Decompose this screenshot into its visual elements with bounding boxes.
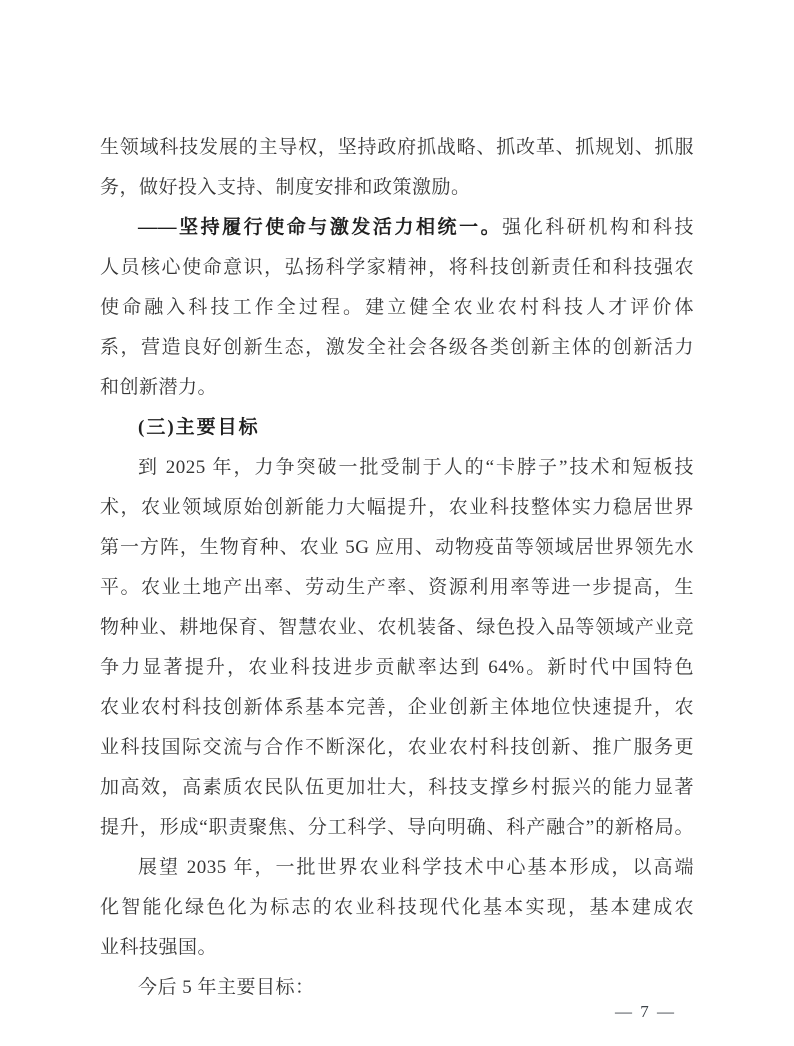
text-line: 业科技国际交流与合作不断深化，农业农村科技创新、推广服务更 (100, 728, 694, 768)
text-line: 争力显著提升，农业科技进步贡献率达到 64%。新时代中国特色 (100, 648, 694, 688)
text-line: 业科技强国。 (100, 928, 694, 968)
text-line: 使命融入科技工作全过程。建立健全农业农村科技人才评价体 (100, 288, 694, 328)
text-line: 展望 2035 年，一批世界农业科学技术中心基本形成，以高端 (100, 848, 694, 888)
text-line: 生领域科技发展的主导权，坚持政府抓战略、抓改革、抓规划、抓服 (100, 128, 694, 168)
text-line: 平。农业土地产出率、劳动生产率、资源利用率等进一步提高，生 (100, 568, 694, 608)
text-line: 到 2025 年，力争突破一批受制于人的“卡脖子”技术和短板技 (100, 448, 694, 488)
text-line: ——坚持履行使命与激发活力相统一。强化科研机构和科技 (100, 208, 694, 248)
document-body: 生领域科技发展的主导权，坚持政府抓战略、抓改革、抓规划、抓服务，做好投入支持、制… (100, 128, 694, 1008)
text-line: 术，农业领域原始创新能力大幅提升，农业科技整体实力稳居世界 (100, 488, 694, 528)
text-line: 人员核心使命意识，弘扬科学家精神，将科技创新责任和科技强农 (100, 248, 694, 288)
text-line: 农业农村科技创新体系基本完善，企业创新主体地位快速提升，农 (100, 688, 694, 728)
emphasis-text: ——坚持履行使命与激发活力相统一。 (138, 217, 502, 238)
page-number: — 7 — (588, 1002, 703, 1022)
text-line: 加高效，高素质农民队伍更加壮大，科技支撑乡村振兴的能力显著 (100, 768, 694, 808)
text-line: 务，做好投入支持、制度安排和政策激励。 (100, 168, 694, 208)
text-line: 物种业、耕地保育、智慧农业、农机装备、绿色投入品等领域产业竞 (100, 608, 694, 648)
text-line: 系，营造良好创新生态，激发全社会各级各类创新主体的创新活力 (100, 328, 694, 368)
text-line: 和创新潜力。 (100, 368, 694, 408)
text-line: 提升，形成“职责聚焦、分工科学、导向明确、科产融合”的新格局。 (100, 808, 694, 848)
text-line: 化智能化绿色化为标志的农业科技现代化基本实现，基本建成农 (100, 888, 694, 928)
section-heading: (三)主要目标 (100, 408, 694, 448)
text-line: 第一方阵，生物育种、农业 5G 应用、动物疫苗等领域居世界领先水 (100, 528, 694, 568)
document-page: 生领域科技发展的主导权，坚持政府抓战略、抓改革、抓规划、抓服务，做好投入支持、制… (0, 0, 794, 1046)
